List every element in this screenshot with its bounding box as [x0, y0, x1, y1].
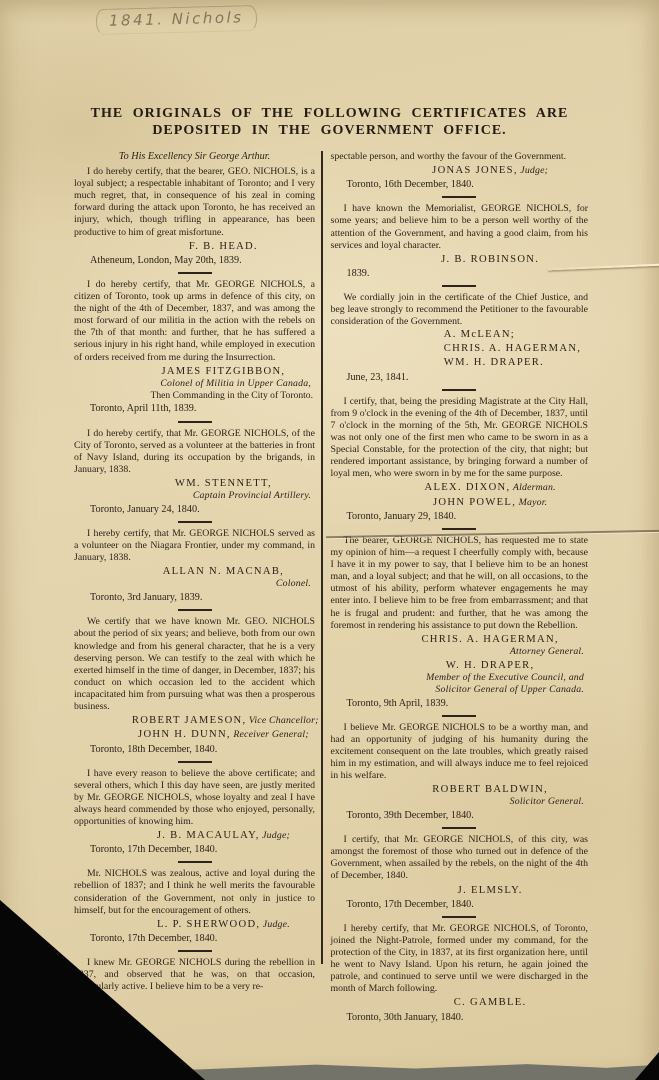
signature-line: F. B. HEAD.	[74, 240, 315, 253]
page-title: THE ORIGINALS OF THE FOLLOWING CERTIFICA…	[70, 105, 590, 139]
signature-line: WM. STENNETT,	[74, 477, 315, 490]
signature-name: A. McLEAN;	[444, 328, 588, 342]
signature-title-line: Member of the Executive Council, and	[331, 672, 589, 684]
certificate-body: I certify, that, being the presiding Mag…	[331, 396, 589, 481]
signature-name: JONAS JONES,	[432, 165, 518, 176]
two-column-layout: To His Excellency Sir George Arthur. I d…	[74, 151, 588, 1024]
separator-rule	[442, 389, 476, 391]
certificate-body: I believe Mr. GEORGE NICHOLS to be a wor…	[331, 722, 589, 782]
dateline: June, 23, 1841.	[347, 372, 589, 384]
signature-title-line: Then Commanding in the City of Toronto.	[74, 390, 315, 402]
separator-rule	[442, 196, 476, 198]
signature-line: W. H. DRAPER,	[331, 659, 589, 672]
separator-rule	[178, 609, 212, 611]
signature-title: Solicitor General of Upper Canada.	[435, 684, 584, 695]
certificate: spectable person, and worthy the favour …	[331, 151, 589, 191]
certificate-body: I do hereby certify, that Mr. GEORGE NIC…	[74, 428, 315, 476]
signature-name: JAMES FITZGIBBON,	[161, 366, 285, 377]
signature-name: ALEX. DIXON,	[425, 482, 511, 493]
certificate-body: I do hereby certify, that the bearer, GE…	[74, 166, 315, 239]
signature-line: J. B. MACAULAY, Judge;	[74, 829, 315, 842]
document-scan: 1841. Nichols THE ORIGINALS OF THE FOLLO…	[0, 0, 659, 1080]
certificate: To His Excellency Sir George Arthur. I d…	[74, 151, 315, 267]
signature-name: C. GAMBLE.	[454, 997, 527, 1008]
signature-title: Colonel of Militia in Upper Canada,	[160, 378, 311, 389]
signature-line: J. B. ROBINSON.	[331, 253, 589, 266]
signature-name: L. P. SHERWOOD,	[157, 919, 260, 930]
certificate-body: I certify, that Mr. GEORGE NICHOLS, of t…	[331, 834, 589, 882]
right-column: spectable person, and worthy the favour …	[323, 151, 589, 1024]
dateline: Toronto, January 24, 1840.	[90, 504, 315, 516]
signature-name: CHRIS. A. HAGERMAN,	[444, 342, 588, 356]
signature-line: JONAS JONES, Judge;	[331, 164, 589, 177]
separator-rule	[178, 861, 212, 863]
certificate: I believe Mr. GEORGE NICHOLS to be a wor…	[331, 722, 589, 823]
certificate-body: We certify that we have known Mr. GEO. N…	[74, 616, 315, 713]
separator-rule	[178, 761, 212, 763]
signature-name: JOHN POWEL,	[433, 497, 516, 508]
signature-title: Alderman.	[513, 482, 556, 493]
signature-line: CHRIS. A. HAGERMAN,	[331, 633, 589, 646]
certificate-body: We cordially join in the certificate of …	[331, 292, 589, 328]
signature-title: Judge.	[263, 919, 290, 930]
signature-name: W. H. DRAPER,	[446, 660, 535, 671]
signature-title: Receiver General;	[233, 729, 308, 740]
signature-title: Solicitor General.	[510, 796, 584, 807]
signature-name: CHRIS. A. HAGERMAN,	[421, 634, 558, 645]
page-title-line2: DEPOSITED IN THE GOVERNMENT OFFICE.	[70, 122, 590, 139]
dateline: Toronto, April 11th, 1839.	[90, 403, 315, 415]
certificate: Mr. NICHOLS was zealous, active and loya…	[74, 868, 315, 945]
certificate-body: I hereby certify, that Mr. GEORGE NICHOL…	[331, 923, 589, 996]
certificate-body: Mr. NICHOLS was zealous, active and loya…	[74, 868, 315, 916]
separator-rule	[442, 285, 476, 287]
signature-line: ALLAN N. MACNAB,	[74, 565, 315, 578]
certificate-body: I do hereby certify, that Mr. GEORGE NIC…	[74, 279, 315, 364]
signature-line: J. ELMSLY.	[331, 884, 589, 897]
dateline: Toronto, 17th December, 1840.	[90, 933, 315, 945]
signature-title-line: Solicitor General.	[331, 796, 589, 808]
certificate-body: spectable person, and worthy the favour …	[331, 151, 589, 163]
certificate-body: The bearer, GEORGE NICHOLS, has requeste…	[331, 535, 589, 632]
signature-title: Judge;	[520, 165, 548, 176]
signature-title: Mayor.	[519, 497, 548, 508]
signature-name: J. B. ROBINSON.	[441, 254, 539, 265]
signature-title: Attorney General.	[510, 646, 584, 657]
dateline: Atheneum, London, May 20th, 1839.	[90, 255, 315, 267]
certificate: I do hereby certify, that Mr. GEORGE NIC…	[74, 428, 315, 516]
signature-name: ALLAN N. MACNAB,	[163, 566, 284, 577]
certificate: The bearer, GEORGE NICHOLS, has requeste…	[331, 535, 589, 710]
certificate: I certify, that, being the presiding Mag…	[331, 396, 589, 523]
paper-sheet: 1841. Nichols THE ORIGINALS OF THE FOLLO…	[0, 0, 659, 1080]
certificate: I hereby certify, that Mr. GEORGE NICHOL…	[74, 528, 315, 604]
certificate: I hereby certify, that Mr. GEORGE NICHOL…	[331, 923, 589, 1024]
certificate: We certify that we have known Mr. GEO. N…	[74, 616, 315, 755]
signature-name: F. B. HEAD.	[189, 241, 258, 252]
signature-name: JOHN H. DUNN,	[138, 729, 231, 740]
dateline: Toronto, January 29, 1840.	[347, 511, 589, 523]
signature-title: Vice Chancellor;	[249, 715, 319, 726]
signature-title: Captain Provincial Artillery.	[193, 490, 311, 501]
signature-name: J. ELMSLY.	[458, 885, 523, 896]
certificate: I knew Mr. GEORGE NICHOLS during the reb…	[74, 957, 315, 993]
signature-line: L. P. SHERWOOD, Judge.	[74, 918, 315, 931]
dateline: Toronto, 39th December, 1840.	[347, 810, 589, 822]
signature-line: ROBERT JAMESON, Vice Chancellor;	[74, 714, 315, 727]
certificate: I have every reason to believe the above…	[74, 768, 315, 857]
certificate-body: I knew Mr. GEORGE NICHOLS during the reb…	[74, 957, 315, 993]
signature-title: Colonel.	[276, 578, 311, 589]
signature-line: JOHN H. DUNN, Receiver General;	[74, 728, 315, 741]
certificate: I do hereby certify, that Mr. GEORGE NIC…	[74, 279, 315, 416]
signature-name: J. B. MACAULAY,	[157, 830, 260, 841]
certificate-body: I hereby certify, that Mr. GEORGE NICHOL…	[74, 528, 315, 564]
certificate: I certify, that Mr. GEORGE NICHOLS, of t…	[331, 834, 589, 911]
certificate-body: I have every reason to believe the above…	[74, 768, 315, 828]
page-title-line1: THE ORIGINALS OF THE FOLLOWING CERTIFICA…	[70, 105, 590, 122]
certificate-salutation: To His Excellency Sir George Arthur.	[74, 151, 315, 163]
signature-title: Member of the Executive Council, and	[426, 672, 584, 683]
signature-title-line: Colonel of Militia in Upper Canada,	[74, 378, 315, 390]
signature-name: ROBERT JAMESON,	[132, 715, 247, 726]
signature-name: WM. H. DRAPER.	[444, 356, 588, 370]
signature-line: ALEX. DIXON, Alderman.	[331, 481, 589, 494]
signature-title-line: Colonel.	[74, 578, 315, 590]
signature-name: WM. STENNETT,	[175, 478, 272, 489]
dateline: Toronto, 18th December, 1840.	[90, 744, 315, 756]
dateline: Toronto, 3rd January, 1839.	[90, 592, 315, 604]
signature-title-line: Attorney General.	[331, 646, 589, 658]
signature-line: C. GAMBLE.	[331, 996, 589, 1009]
signature-title-line: Captain Provincial Artillery.	[74, 490, 315, 502]
certificate: We cordially join in the certificate of …	[331, 292, 589, 384]
separator-rule	[178, 272, 212, 274]
separator-rule	[178, 421, 212, 423]
dateline: Toronto, 30th January, 1840.	[347, 1012, 589, 1024]
dateline: Toronto, 17th December, 1840.	[347, 899, 589, 911]
dateline: Toronto, 17th December, 1840.	[90, 844, 315, 856]
separator-rule	[178, 521, 212, 523]
separator-rule	[442, 827, 476, 829]
signature-name: ROBERT BALDWIN,	[432, 784, 548, 795]
left-column: To His Excellency Sir George Arthur. I d…	[74, 151, 321, 1024]
signature-stack: A. McLEAN; CHRIS. A. HAGERMAN, WM. H. DR…	[444, 328, 588, 369]
separator-rule	[442, 528, 476, 530]
certificate-body: I have known the Memorialist, GEORGE NIC…	[331, 203, 589, 251]
separator-rule	[442, 916, 476, 918]
separator-rule	[178, 950, 212, 952]
signature-title: Judge;	[262, 830, 290, 841]
signature-line: JAMES FITZGIBBON,	[74, 365, 315, 378]
dateline: Toronto, 16th December, 1840.	[347, 179, 589, 191]
signature-line: JOHN POWEL, Mayor.	[331, 496, 589, 509]
separator-rule	[442, 715, 476, 717]
signature-title-line: Solicitor General of Upper Canada.	[331, 684, 589, 696]
signature-line: ROBERT BALDWIN,	[331, 783, 589, 796]
handwritten-annotation: 1841. Nichols	[96, 5, 257, 35]
dateline: Toronto, 9th April, 1839.	[347, 698, 589, 710]
